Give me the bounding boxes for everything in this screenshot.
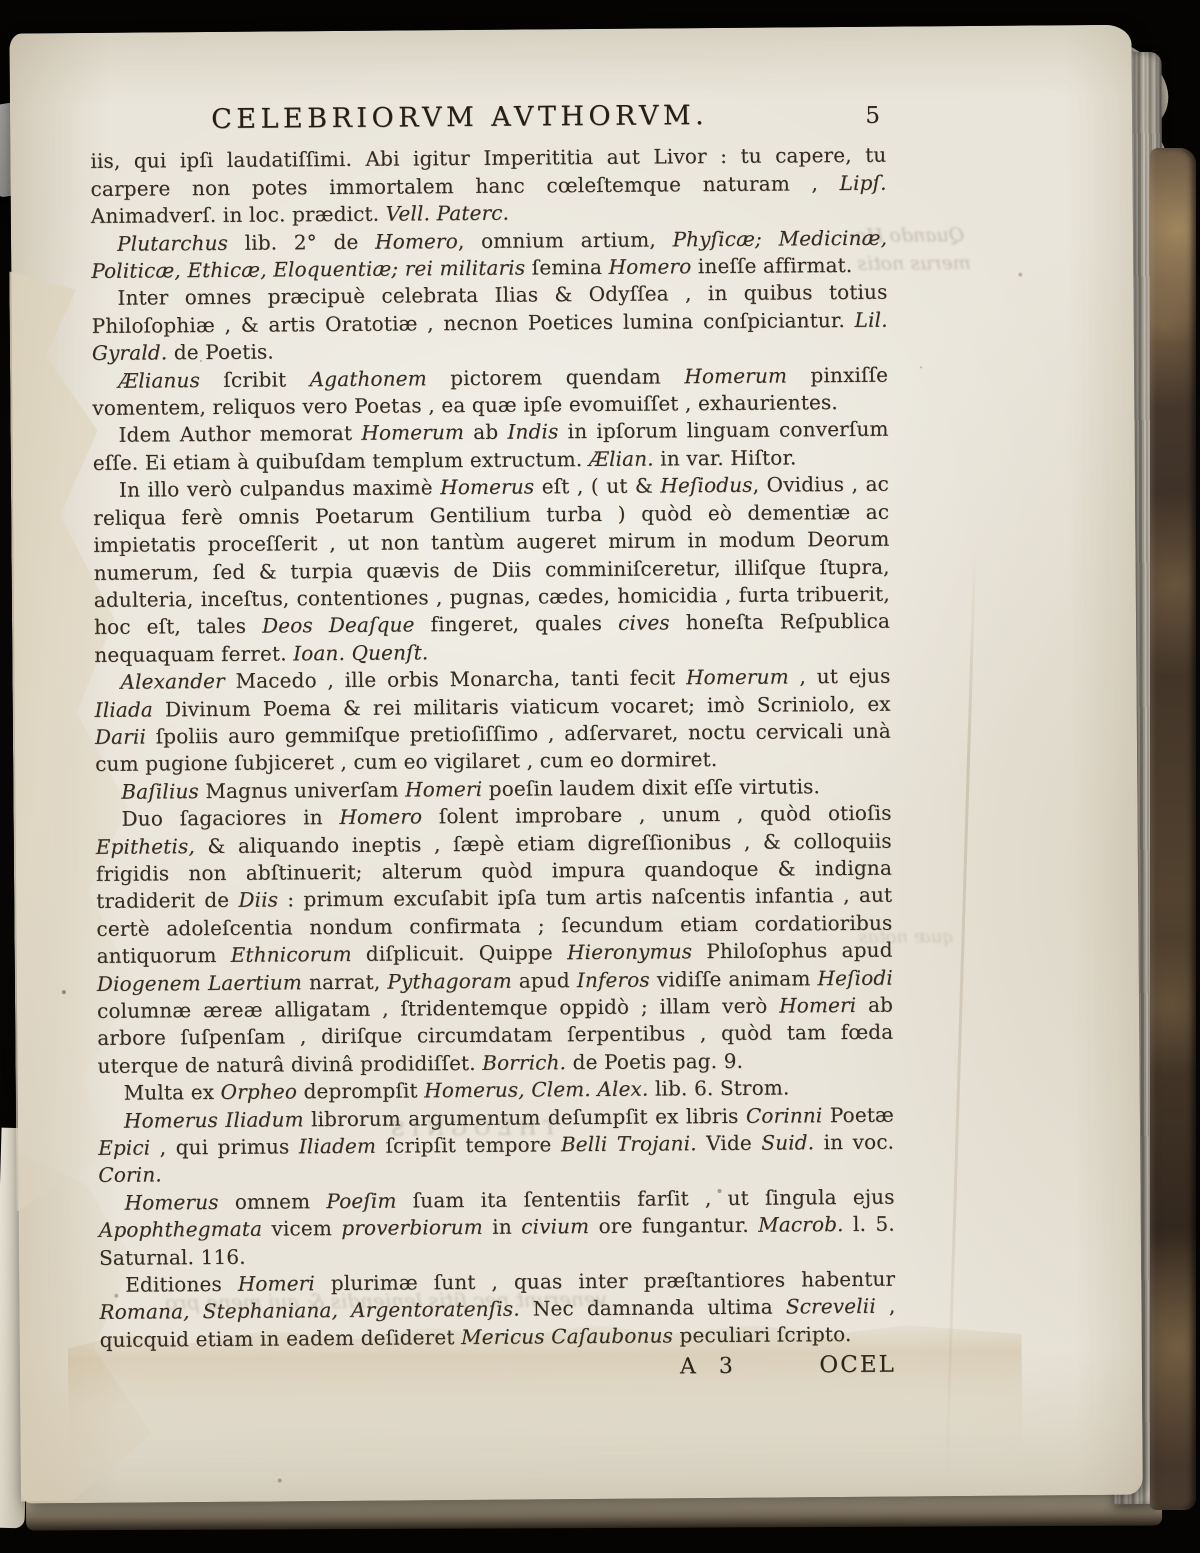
header-row: CELEBRIORVM AVTHORVM. 5 xyxy=(90,101,886,137)
text-block: CELEBRIORVM AVTHORVM. 5 iis, qui ipſi la… xyxy=(90,101,896,1390)
paragraph: Editiones Homeri plurimæ ſunt , quas int… xyxy=(99,1266,896,1354)
catchword: OCEL xyxy=(819,1352,896,1380)
signature-mark: A 3 xyxy=(680,1353,741,1381)
book-cover-edge xyxy=(1150,148,1196,1510)
paragraph: Duo ſagaciores in Homero ſolent improbar… xyxy=(95,800,893,1080)
paragraph: Inter omnes præcipuè celebrata Ilias & O… xyxy=(91,279,888,367)
paragraph: Plutarchus lib. 2° de Homero, omnium art… xyxy=(91,224,887,285)
page-number: 5 xyxy=(865,103,880,131)
paragraph: Ælianus ſcribit Agathonem pictorem quend… xyxy=(92,361,888,422)
paragraph: In illo verò culpandus maximè Homerus eſ… xyxy=(93,471,890,669)
paragraph: Idem Author memorat Homerum ab Indis in … xyxy=(92,416,888,477)
paragraph: Homerus Iliadum librorum argumentum deſu… xyxy=(98,1101,895,1189)
running-header: CELEBRIORVM AVTHORVM. xyxy=(90,101,829,134)
signature-row: A 3 OCEL xyxy=(100,1352,896,1390)
paragraph: Alexander Macedo , ille orbis Monarcha, … xyxy=(94,663,891,779)
paragraph: Homerus omnem Poeſim ſuam ita ſententiis… xyxy=(98,1183,895,1271)
dust-specks xyxy=(9,34,11,36)
photo-background: Quando Ho- merus notis THEOGNIS venerunt… xyxy=(0,0,1200,1553)
paragraph: iis, qui ipſi laudatiſſimi. Abi igitur I… xyxy=(90,142,887,230)
book-page: Quando Ho- merus notis THEOGNIS venerunt… xyxy=(9,25,1143,1504)
paragraphs: iis, qui ipſi laudatiſſimi. Abi igitur I… xyxy=(90,142,895,1354)
